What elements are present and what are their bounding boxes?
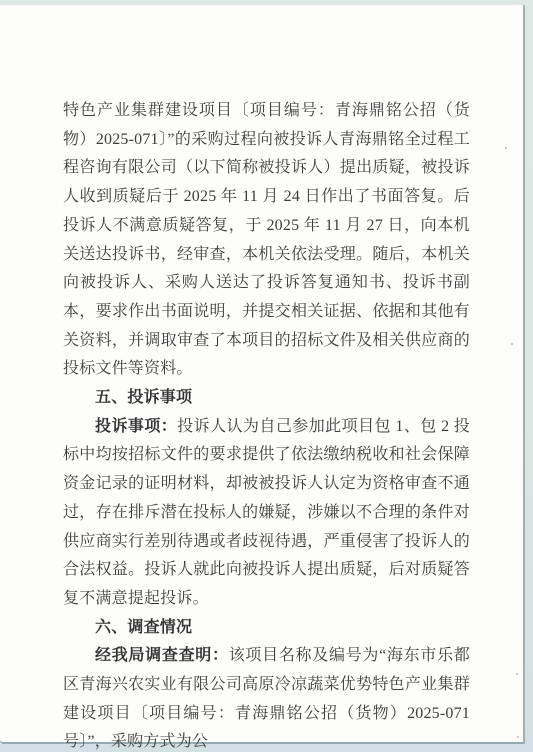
scan-speck [516,673,518,675]
document-content: 特色产业集群建设项目〔项目编号：青海鼎铭公招（货物）2025-071〕”的采购过… [63,97,470,752]
complaint-items-text: 投诉人认为自己参加此项目包 1、包 2 投标中均按招标文件的要求提供了依法缴纳税… [63,418,470,607]
section-heading-complaint-items: 五、投诉事项 [63,384,470,413]
investigation-lead: 经我局调查查明： [95,647,229,664]
complaint-items-lead: 投诉事项： [95,418,177,435]
scan-speck [517,736,519,738]
scan-speck [511,343,513,345]
intro-paragraph-text: 特色产业集群建设项目〔项目编号：青海鼎铭公招（货物）2025-071〕”的采购过… [63,102,470,377]
document-page: 特色产业集群建设项目〔项目编号：青海鼎铭公招（货物）2025-071〕”的采购过… [0,5,525,744]
section-heading-investigation: 六、调查情况 [63,614,470,643]
scan-speck [505,147,507,149]
investigation-paragraph: 经我局调查查明：该项目名称及编号为“海东市乐都区青海兴农实业有限公司高原冷凉蔬菜… [63,642,470,752]
intro-paragraph: 特色产业集群建设项目〔项目编号：青海鼎铭公招（货物）2025-071〕”的采购过… [63,97,470,384]
complaint-items-paragraph: 投诉事项：投诉人认为自己参加此项目包 1、包 2 投标中均按招标文件的要求提供了… [63,413,470,614]
scanned-page-background: 特色产业集群建设项目〔项目编号：青海鼎铭公招（货物）2025-071〕”的采购过… [0,0,533,752]
